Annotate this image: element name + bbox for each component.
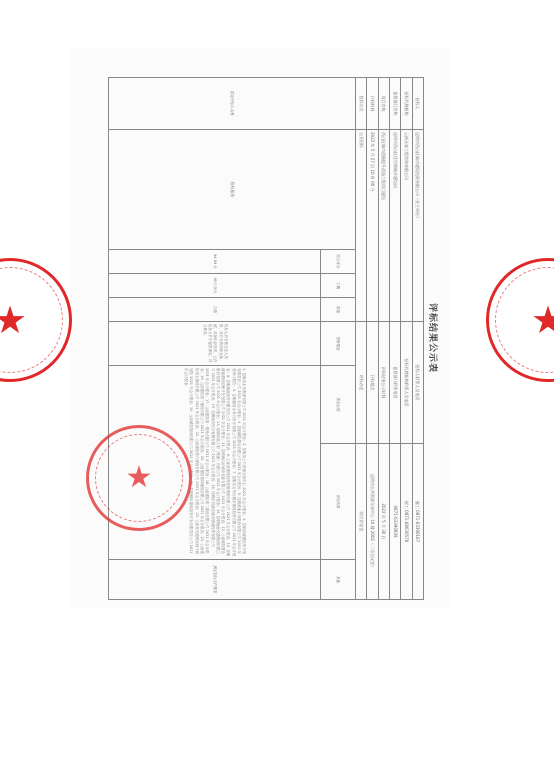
star-icon: ★ <box>531 301 554 339</box>
duration-value: 90 日历天 <box>109 274 321 298</box>
value-cell: 崔工 0871-68030578 <box>401 444 412 600</box>
label-cell: 开标地点 <box>367 322 378 444</box>
label-cell: 监督部门名称 <box>390 78 401 130</box>
label-cell: 招标代理机构联系人及电话 <box>401 322 412 444</box>
value-cell: 昆明市公共资源交易中心 10 楼 2002（二号会议室） <box>367 444 378 600</box>
label-cell: 招标方式 <box>356 78 367 130</box>
value-cell: 虞工 0871-63390167 <box>412 444 423 600</box>
header-row: 开标时间 2022 年 5 月 27 日 10 时 00 分 开标地点 昆明市公… <box>367 78 378 600</box>
quality-label: 质量 <box>321 298 356 322</box>
value-cell: 0871-63390839 <box>390 444 401 600</box>
label-cell: 项目名称 <box>378 78 389 130</box>
value-cell: 综合评估法 <box>356 444 367 600</box>
header-row: 招标方式 公开招标 评标办法 综合评估法 <box>356 78 367 600</box>
value-cell: 西山区城市道路提升改造工程项目建设 <box>378 130 389 322</box>
value-cell: 云南圣泰工程咨询有限公司 <box>401 130 412 322</box>
center-seal: ★ <box>86 425 192 531</box>
label-cell: 开标时间 <box>367 78 378 130</box>
column-header-row: 拟定中标人名称 投标报价 综合评分 工期 质量 资格情况 类似业绩 评标结果 其… <box>321 78 356 600</box>
value-cell: 公开招标 <box>356 130 367 322</box>
label-cell: 招标人 <box>412 78 423 130</box>
value-cell: 2022 年 5 月 30 日 <box>378 444 389 600</box>
agent-seal: ★ <box>0 258 72 382</box>
label-cell: 招标人联系人及电话 <box>412 322 423 444</box>
header-row: 招标人 昆明市西山区城市建设投资有限公司（业主单位） 招标人联系人及电话 虞工 … <box>412 78 423 600</box>
duration-label: 工期 <box>321 274 356 298</box>
section-label: 拟定中标人名称 <box>109 78 356 130</box>
remark-value: 满足投标文件要求 <box>109 560 321 600</box>
qualification-detail: 投标人具有独立法人资格，具有有效的营业执照，具备相应资质，已在投标文件中提供承诺… <box>109 322 321 366</box>
score-label: 综合评分 <box>321 250 356 274</box>
bid-price-label: 投标报价 <box>109 130 356 250</box>
header-row: 项目名称 西山区城市道路提升改造工程项目建设 评标结果公示时间 2022 年 5… <box>378 78 389 600</box>
label-cell: 评标办法 <box>356 322 367 444</box>
star-icon: ★ <box>126 463 153 493</box>
header-row: 监督部门名称 昆明市西山区住房和城乡建设局 监督部门联系电话 0871-6339… <box>390 78 401 600</box>
value-cell: 2022 年 5 月 27 日 10 时 00 分 <box>367 130 378 322</box>
label-cell: 招标代理机构 <box>401 78 412 130</box>
document-title: 评标结果公示表 <box>427 77 440 599</box>
header-row: 招标代理机构 云南圣泰工程咨询有限公司 招标代理机构联系人及电话 崔工 0871… <box>401 78 412 600</box>
bidder-seal: ★ <box>486 258 554 382</box>
label-cell: 评标结果公示时间 <box>378 322 389 444</box>
label-cell: 监督部门联系电话 <box>390 322 401 444</box>
qualification-label: 资格情况 <box>321 322 356 366</box>
remark-label: 其他 <box>321 560 356 600</box>
score-value: 94.09 分 <box>109 250 321 274</box>
performance-label: 类似业绩 <box>321 366 356 444</box>
value-cell: 昆明市西山区住房和城乡建设局 <box>390 130 401 322</box>
value-cell: 昆明市西山区城市建设投资有限公司（业主单位） <box>412 130 423 322</box>
star-icon: ★ <box>0 301 27 339</box>
review-label: 评标结果 <box>321 444 356 560</box>
quality-value: 合格 <box>109 298 321 322</box>
